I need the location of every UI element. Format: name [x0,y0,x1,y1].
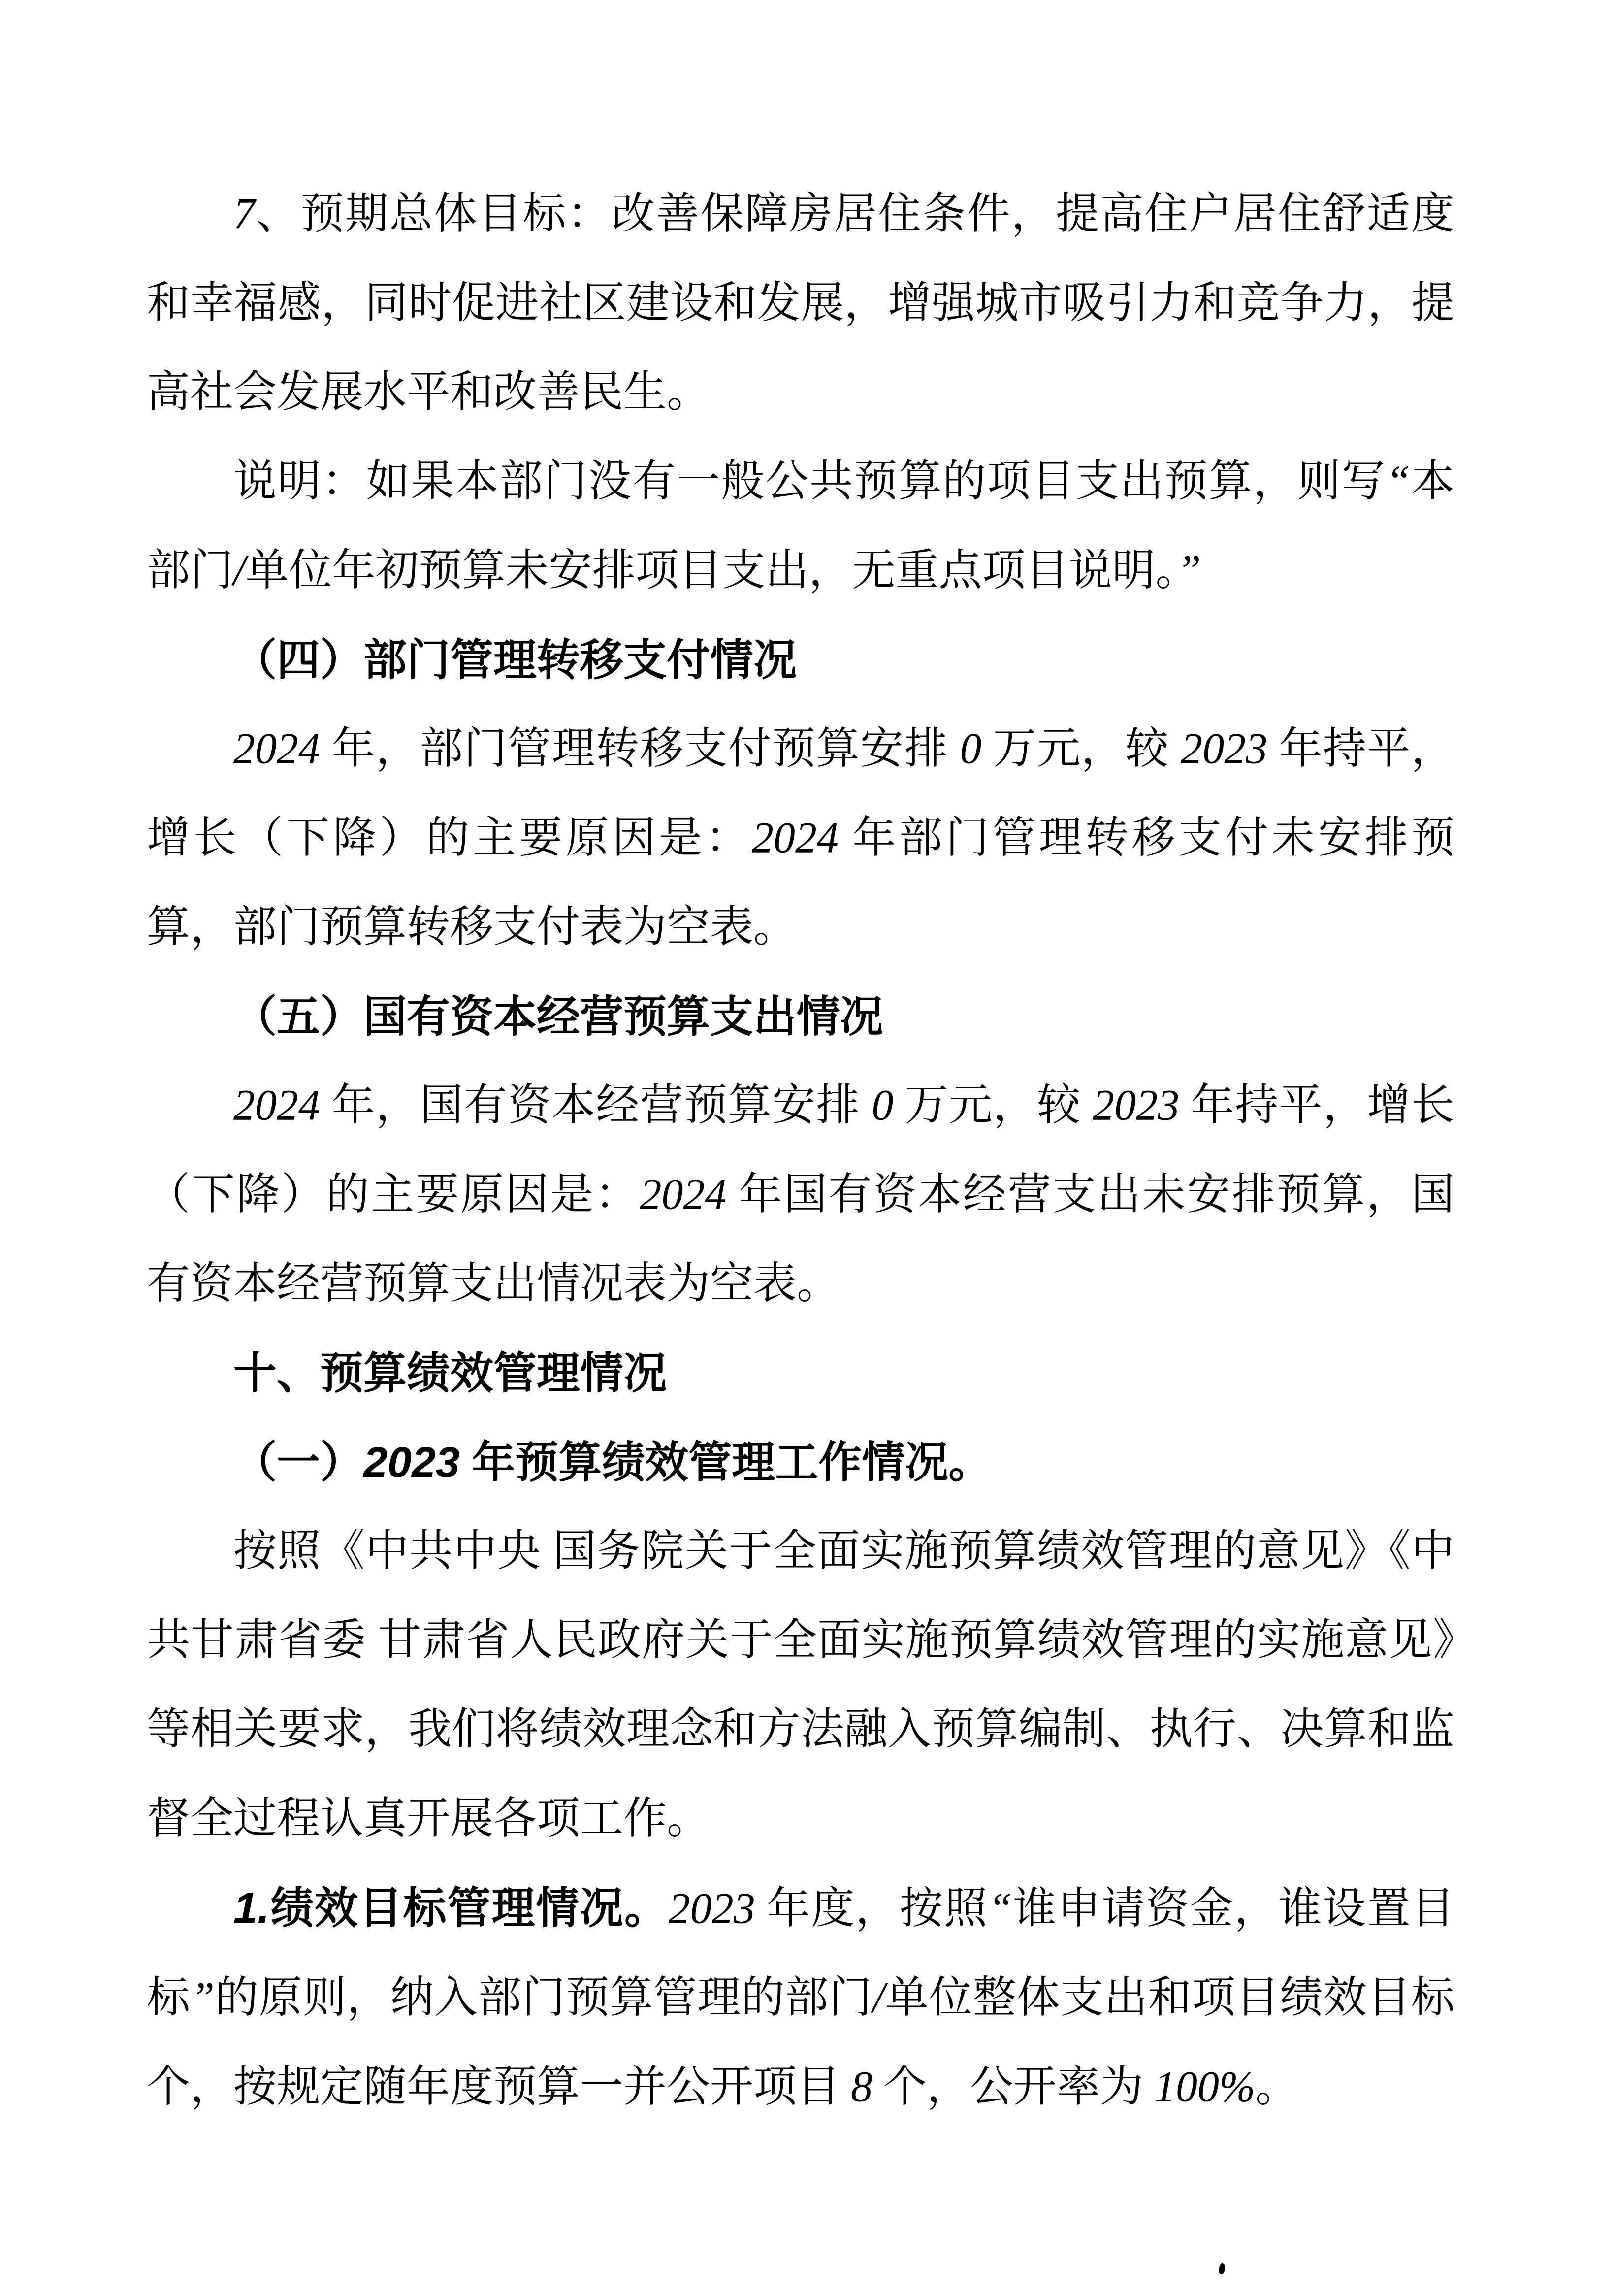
heading-text: （一）2023 年预算绩效管理工作情况。 [233,1438,992,1486]
document-text-block: 7、预期总体目标：改善保障房居住条件，提高住户居住舒适度和幸福感，同时促进社区建… [147,169,1454,2132]
paragraph-text: 7、预期总体目标：改善保障房居住条件，提高住户居住舒适度和幸福感，同时促进社区建… [147,190,1454,416]
paragraph-text: 说明：如果本部门没有一般公共预算的项目支出预算，则写“本部门/单位年初预算未安排… [147,458,1454,594]
paragraph-text: 按照《中共中央 国务院关于全面实施预算绩效管理的意见》《中共甘肃省委 甘肃省人民… [147,1527,1454,1842]
heading-text: （四）部门管理转移支付情况 [233,635,797,684]
heading-text: （五）国有资本经营预算支出情况 [233,992,883,1041]
heading-2023-performance-work: （一）2023 年预算绩效管理工作情况。 [147,1417,1454,1507]
heading-section-4-transfer-payments: （四）部门管理转移支付情况 [147,615,1454,704]
paragraph-bold-lead: 1.绩效目标管理情况。 [233,1883,669,1932]
scan-artifact-ink-speck [1219,2263,1226,2274]
heading-section-5-state-capital-budget: （五）国有资本经营预算支出情况 [147,972,1454,1061]
heading-text: 十、预算绩效管理情况 [233,1348,667,1397]
scanned-document-page: 7、预期总体目标：改善保障房居住条件，提高住户居住舒适度和幸福感，同时促进社区建… [0,0,1615,2296]
paragraph-state-capital-details: 2024 年，国有资本经营预算安排 0 万元，较 2023 年持平，增长（下降）… [147,1061,1454,1328]
paragraph-transfer-payment-details: 2024 年，部门管理转移支付预算安排 0 万元，较 2023 年持平，增长（下… [147,704,1454,972]
paragraph-performance-target-management: 1.绩效目标管理情况。2023 年度，按照“谁申请资金，谁设置目标”的原则，纳入… [147,1863,1454,2132]
paragraph-text: 2024 年，部门管理转移支付预算安排 0 万元，较 2023 年持平，增长（下… [147,725,1454,951]
paragraph-policy-basis: 按照《中共中央 国务院关于全面实施预算绩效管理的意见》《中共甘肃省委 甘肃省人民… [147,1507,1454,1863]
paragraph-note-no-project-budget: 说明：如果本部门没有一般公共预算的项目支出预算，则写“本部门/单位年初预算未安排… [147,437,1454,615]
paragraph-text: 2024 年，国有资本经营预算安排 0 万元，较 2023 年持平，增长（下降）… [147,1082,1454,1308]
paragraph-expected-overall-goal: 7、预期总体目标：改善保障房居住条件，提高住户居住舒适度和幸福感，同时促进社区建… [147,169,1454,437]
heading-section-10-performance-management: 十、预算绩效管理情况 [147,1328,1454,1417]
